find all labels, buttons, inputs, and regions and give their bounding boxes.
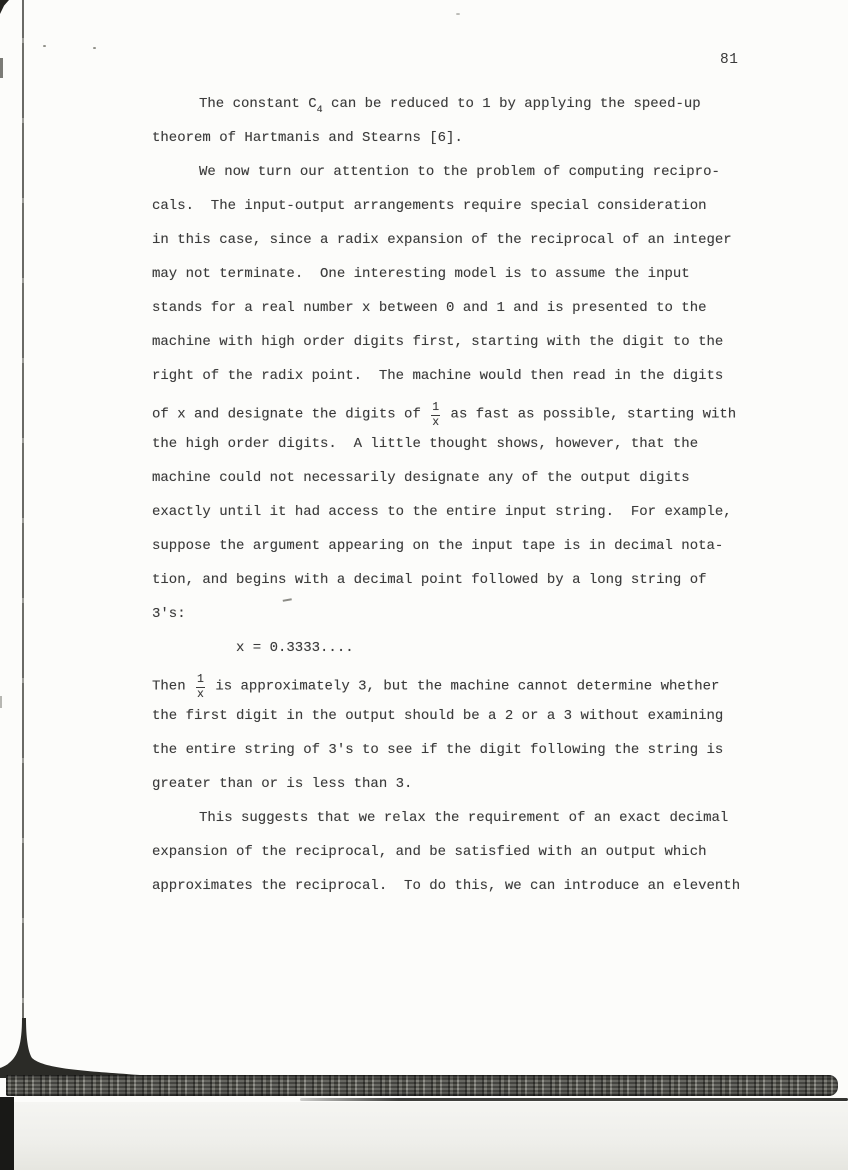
text-line: cals. The input-output arrangements requ… (152, 198, 772, 232)
text-segment: of x and designate the digits of (152, 407, 429, 423)
paper-speck (456, 13, 460, 15)
text-line: the entire string of 3's to see if the d… (152, 742, 772, 776)
text-segment: is approximately 3, but the machine cann… (207, 679, 719, 695)
binding-edge-line (22, 0, 24, 1022)
next-page-strip (0, 1102, 848, 1170)
text-line: may not terminate. One interesting model… (152, 266, 772, 300)
text-line: tion, and begins with a decimal point fo… (152, 572, 772, 606)
text-line: the high order digits. A little thought … (152, 436, 772, 470)
text-segment: as fast as possible, starting with (442, 407, 736, 423)
fraction-denominator: x (196, 688, 205, 701)
scan-edge-line (300, 1098, 848, 1101)
text-line: right of the radix point. The machine wo… (152, 368, 772, 402)
text-line: We now turn our attention to the problem… (152, 164, 772, 198)
fraction-numerator: 1 (431, 402, 440, 416)
text-line: greater than or is less than 3. (152, 776, 772, 810)
text-line: Then 1x is approximately 3, but the mach… (152, 674, 772, 708)
fraction-one-over-x: 1x (196, 674, 205, 700)
scanned-page: 81 The constant C4 can be reduced to 1 b… (0, 0, 848, 1170)
edge-dash-artifact (0, 696, 2, 708)
corner-bar (0, 1097, 14, 1170)
text-line: approximates the reciprocal. To do this,… (152, 878, 772, 912)
binding-flare (0, 1018, 140, 1078)
equation-line: x = 0.3333.... (152, 640, 772, 674)
fraction-one-over-x: 1x (431, 402, 440, 428)
fraction-denominator: x (431, 416, 440, 429)
text-line: the first digit in the output should be … (152, 708, 772, 742)
text-line: suppose the argument appearing on the in… (152, 538, 772, 572)
text-line: machine could not necessarily designate … (152, 470, 772, 504)
page-number: 81 (720, 52, 738, 68)
text-line: This suggests that we relax the requirem… (152, 810, 772, 844)
text-line: stands for a real number x between 0 and… (152, 300, 772, 334)
text-line: exactly until it had access to the entir… (152, 504, 772, 538)
text-segment: can be reduced to 1 by applying the spee… (323, 96, 701, 112)
text-line: expansion of the reciprocal, and be sati… (152, 844, 772, 878)
text-line: theorem of Hartmanis and Stearns [6]. (152, 130, 772, 164)
text-line: of x and designate the digits of 1x as f… (152, 402, 772, 436)
text-segment: Then (152, 679, 194, 695)
paper-speck (93, 47, 96, 49)
text-segment: The constant C (199, 96, 317, 112)
text-line: 3's: (152, 606, 772, 640)
corner-notch-mark (0, 0, 9, 14)
text-line: in this case, since a radix expansion of… (152, 232, 772, 266)
text-line: The constant C4 can be reduced to 1 by a… (152, 96, 772, 130)
paper-speck (43, 45, 46, 47)
edge-dash-artifact (0, 58, 3, 78)
fraction-numerator: 1 (196, 674, 205, 688)
document-text: The constant C4 can be reduced to 1 by a… (152, 96, 772, 912)
text-line: machine with high order digits first, st… (152, 334, 772, 368)
scan-noise-band (6, 1075, 838, 1096)
